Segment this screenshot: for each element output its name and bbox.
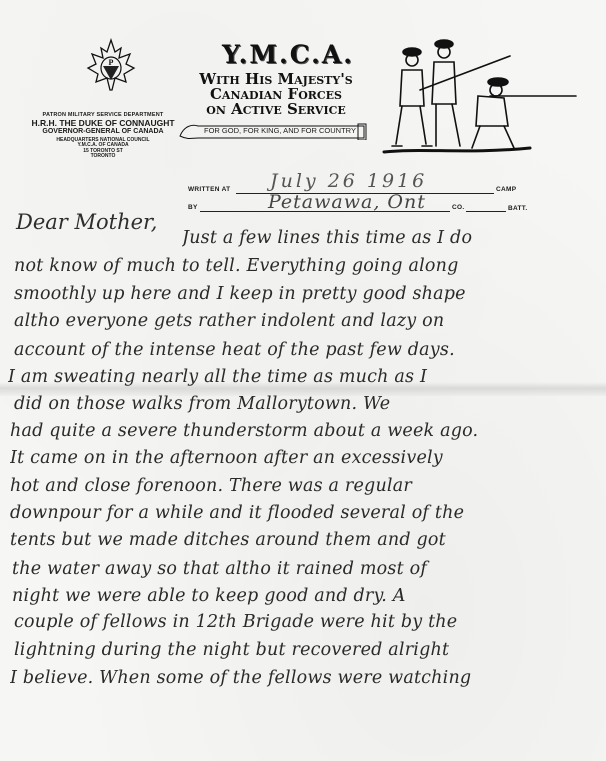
letter-line: couple of fellows in 12th Brigade were h… bbox=[14, 612, 596, 632]
by-value: Petawawa, Ont bbox=[268, 191, 426, 213]
co-rule bbox=[466, 211, 506, 212]
letter-line: the water away so that altho it rained m… bbox=[12, 559, 596, 579]
letter-line: downpour for a while and it flooded seve… bbox=[10, 503, 596, 523]
letter-line: I believe. When some of the fellows were… bbox=[10, 668, 596, 688]
letter-line: altho everyone gets rather indolent and … bbox=[14, 311, 596, 331]
letter-line: had quite a severe thunderstorm about a … bbox=[10, 421, 596, 441]
letterhead-headline: With His Majesty's Canadian Forces on Ac… bbox=[166, 72, 386, 117]
co-label: CO. bbox=[452, 204, 464, 211]
letter-line: hot and close forenoon. There was a regu… bbox=[10, 476, 596, 496]
svg-text:P: P bbox=[109, 58, 114, 67]
headline-line: on Active Service bbox=[166, 102, 386, 117]
maple-leaf-emblem-icon: P bbox=[86, 38, 136, 94]
patron-block: PATRON MILITARY SERVICE DEPARTMENT H.R.H… bbox=[28, 113, 178, 159]
letter-line: account of the intense heat of the past … bbox=[14, 340, 596, 360]
letter-line: I am sweating nearly all the time as muc… bbox=[8, 367, 596, 387]
by-label: BY bbox=[188, 204, 198, 211]
written-at-value: July 26 1916 bbox=[270, 170, 427, 192]
motto-text: FOR GOD, FOR KING, AND FOR COUNTRY bbox=[200, 126, 360, 135]
hq-line: TORONTO bbox=[28, 154, 178, 159]
camp-label: CAMP bbox=[496, 186, 516, 193]
letter-line: lightning during the night but recovered… bbox=[14, 640, 596, 660]
patron-line: H.R.H. THE DUKE OF CONNAUGHT bbox=[28, 119, 178, 128]
batt-label: BATT. bbox=[508, 205, 527, 212]
patron-line: GOVERNOR-GENERAL OF CANADA bbox=[28, 128, 178, 135]
ymca-title: Y.M.C.A. bbox=[188, 40, 388, 69]
letter-line: It came on in the afternoon after an exc… bbox=[10, 448, 596, 468]
letter-line: smoothly up here and I keep in pretty go… bbox=[14, 284, 596, 304]
letter-line: Just a few lines this time as I do bbox=[182, 228, 596, 248]
letter-line: did on those walks from Mallorytown. We bbox=[14, 394, 596, 414]
written-at-label: WRITTEN AT bbox=[188, 186, 230, 193]
letter-line: tents but we made ditches around them an… bbox=[10, 530, 596, 550]
salutation: Dear Mother, bbox=[16, 210, 157, 234]
letter-line: not know of much to tell. Everything goi… bbox=[14, 256, 596, 276]
soldiers-illustration-icon bbox=[380, 26, 580, 158]
letter-line: night we were able to keep good and dry.… bbox=[12, 586, 596, 606]
